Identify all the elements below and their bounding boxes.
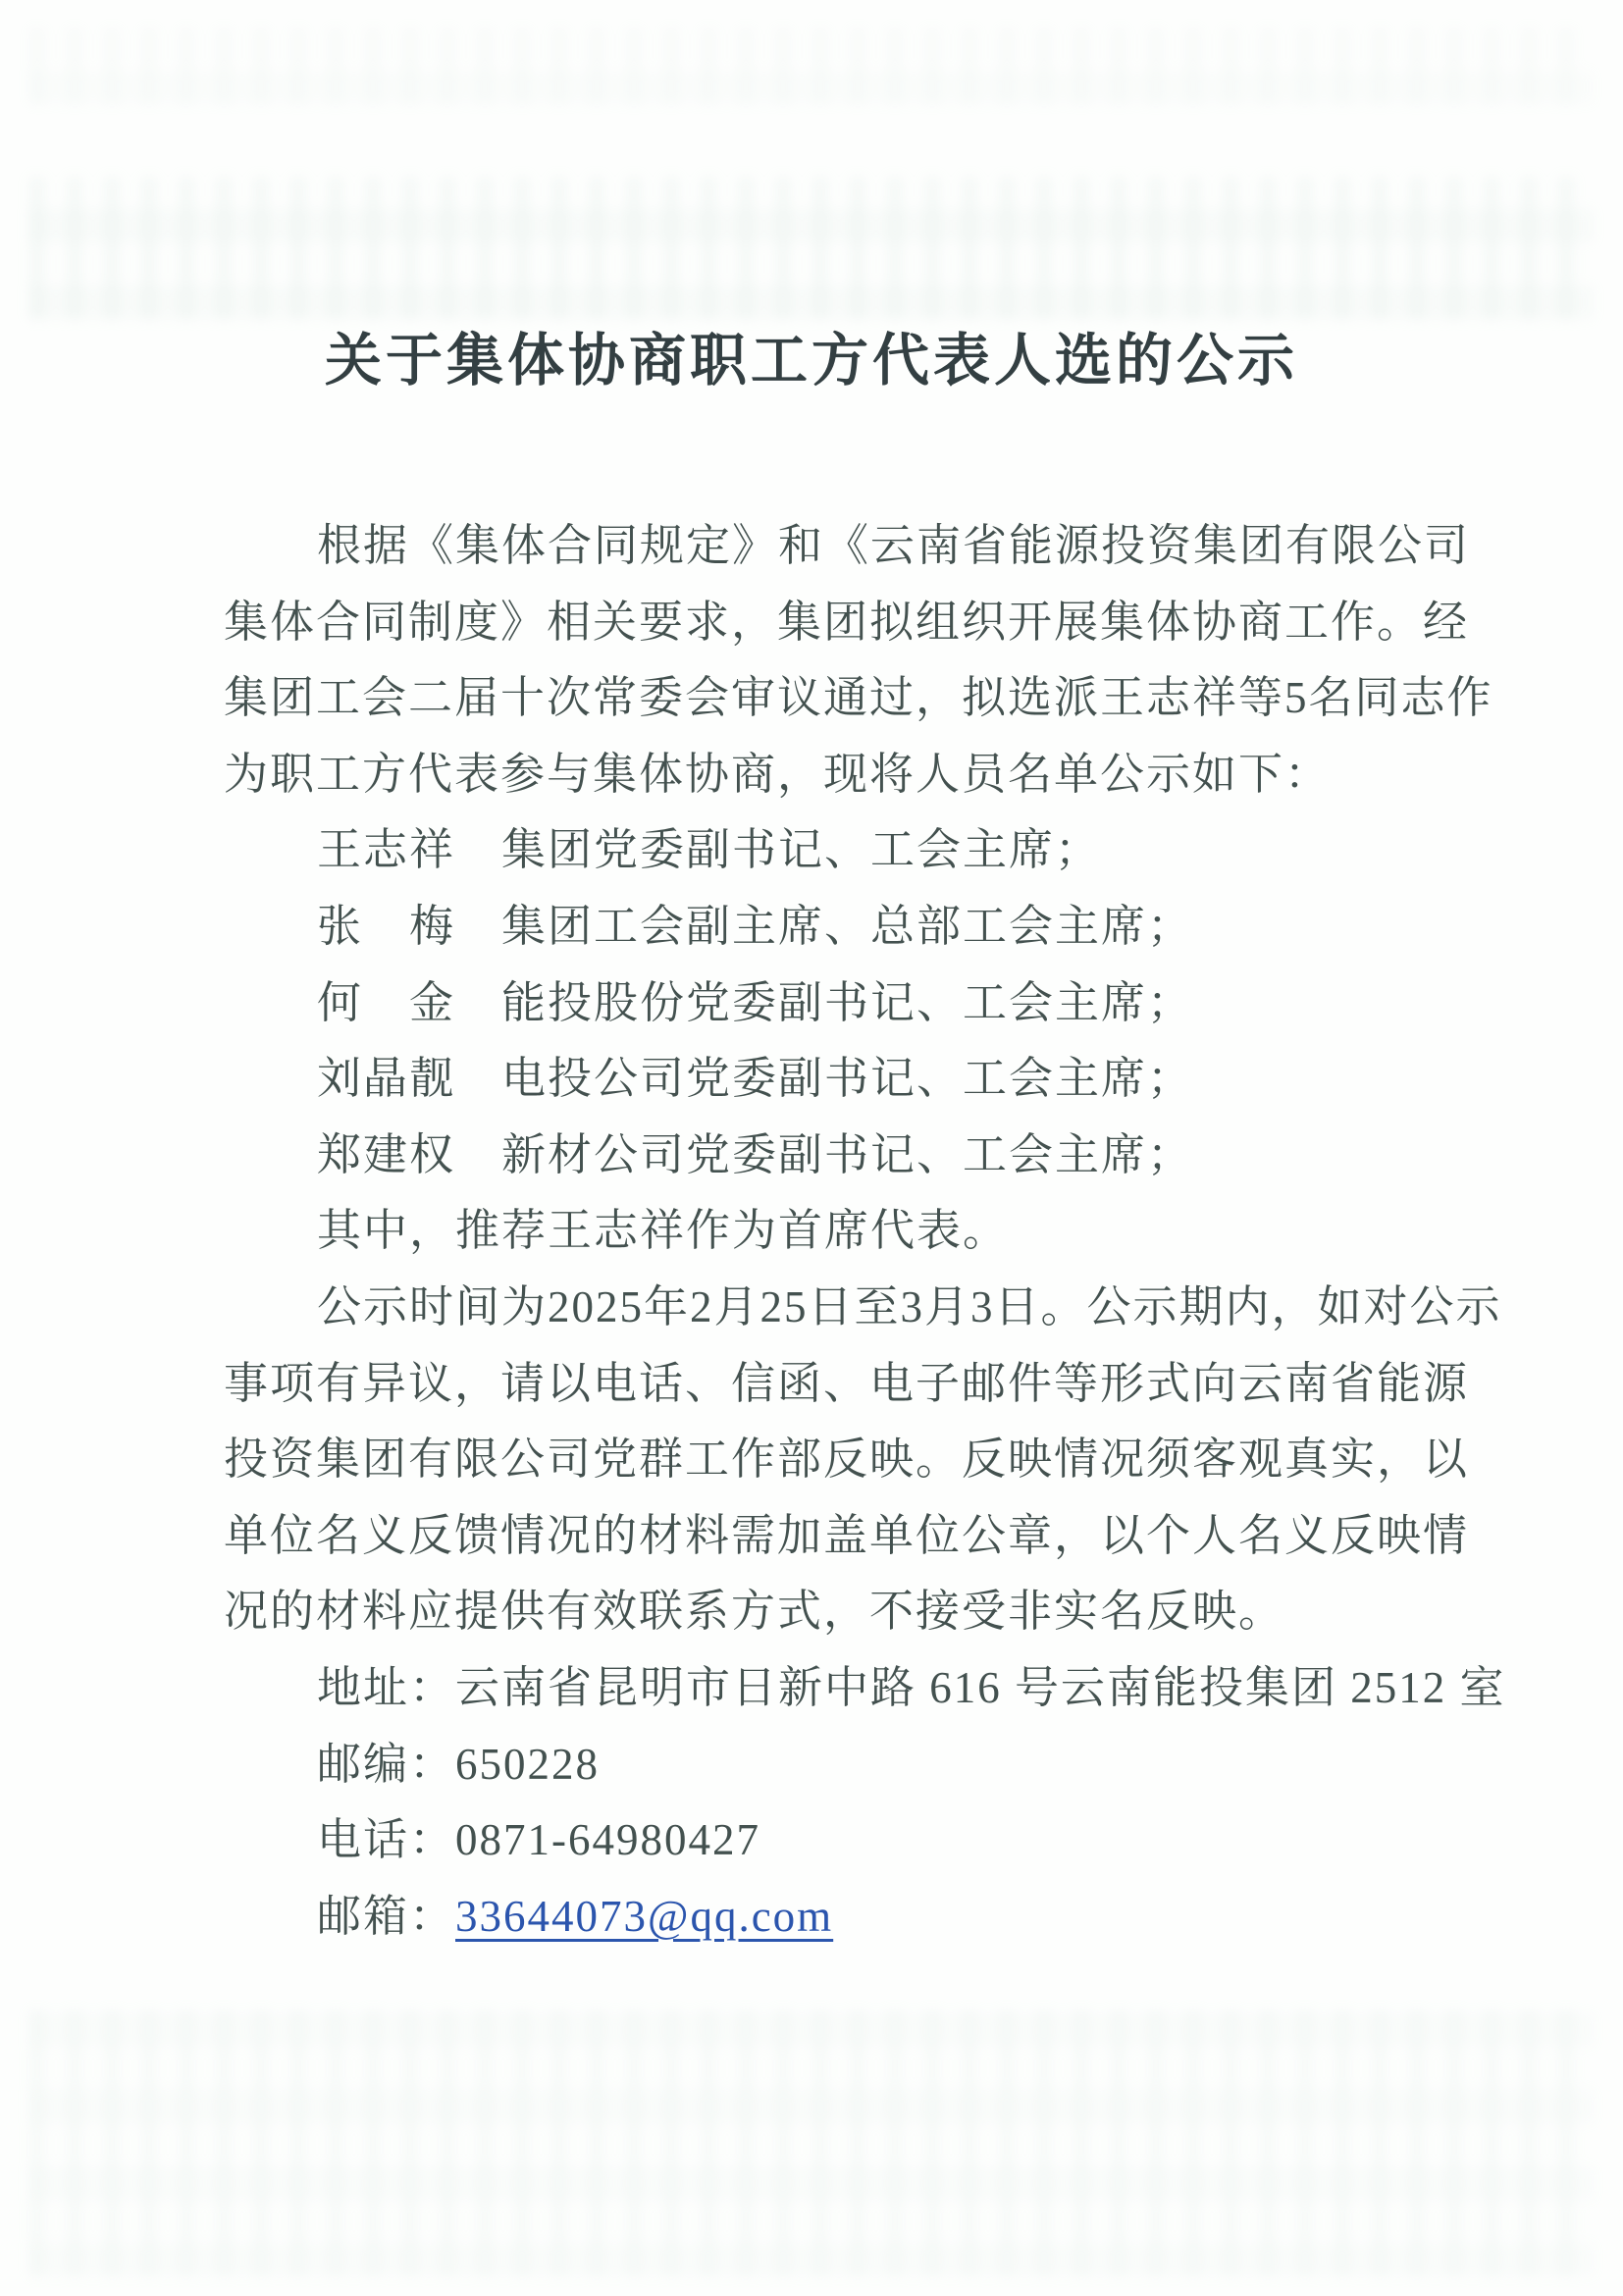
contact-email: 邮箱：33644073@qq.com bbox=[224, 1879, 1437, 1956]
contact-phone: 电话：0871-64980427 bbox=[224, 1802, 1437, 1879]
scan-bleedthrough-artifact-top bbox=[29, 27, 1594, 104]
paragraph1-line2: 集体合同制度》相关要求，集团拟组织开展集体协商工作。经 bbox=[224, 585, 1437, 661]
representative-zhang-mei: 张 梅 集团工会副主席、总部工会主席； bbox=[224, 889, 1437, 965]
paragraph1-line1: 根据《集体合同规定》和《云南省能源投资集团有限公司 bbox=[224, 508, 1437, 585]
scanned-notice-page: 关于集体协商职工方代表人选的公示 根据《集体合同规定》和《云南省能源投资集团有限… bbox=[0, 0, 1623, 2296]
paragraph2-line2: 事项有异议，请以电话、信函、电子邮件等形式向云南省能源 bbox=[224, 1346, 1437, 1423]
chief-representative-note: 其中，推荐王志祥作为首席代表。 bbox=[224, 1193, 1437, 1270]
representative-liu-jingliang: 刘晶靓 电投公司党委副书记、工会主席； bbox=[224, 1041, 1437, 1118]
contact-postcode: 邮编：650228 bbox=[224, 1727, 1437, 1803]
paragraph2-line4: 单位名义反馈情况的材料需加盖单位公章，以个人名义反映情 bbox=[224, 1498, 1437, 1575]
scan-bleedthrough-artifact-upper bbox=[29, 177, 1594, 319]
paragraph2-line5: 况的材料应提供有效联系方式，不接受非实名反映。 bbox=[224, 1574, 1437, 1650]
paragraph1-line3: 集团工会二届十次常委会审议通过，拟选派王志祥等5名同志作 bbox=[224, 660, 1437, 737]
representative-wang-zhixiang: 王志祥 集团党委副书记、工会主席； bbox=[224, 812, 1437, 889]
scan-bleedthrough-artifact-bottom bbox=[29, 2009, 1594, 2276]
representative-zheng-jianquan: 郑建权 新材公司党委副书记、工会主席； bbox=[224, 1118, 1437, 1194]
paragraph2-line3: 投资集团有限公司党群工作部反映。反映情况须客观真实，以 bbox=[224, 1422, 1437, 1498]
representative-he-jin: 何 金 能投股份党委副书记、工会主席； bbox=[224, 965, 1437, 1042]
contact-address: 地址：云南省昆明市日新中路 616 号云南能投集团 2512 室 bbox=[224, 1650, 1437, 1727]
paragraph1-line4: 为职工方代表参与集体协商，现将人员名单公示如下： bbox=[224, 737, 1437, 813]
email-link[interactable]: 33644073@qq.com bbox=[455, 1892, 833, 1941]
document-body: 根据《集体合同规定》和《云南省能源投资集团有限公司集体合同制度》相关要求，集团拟… bbox=[224, 508, 1437, 1955]
paragraph2-line1: 公示时间为2025年2月25日至3月3日。公示期内，如对公示 bbox=[224, 1270, 1437, 1346]
document-title: 关于集体协商职工方代表人选的公示 bbox=[0, 314, 1623, 396]
email-label: 邮箱： bbox=[317, 1892, 455, 1941]
